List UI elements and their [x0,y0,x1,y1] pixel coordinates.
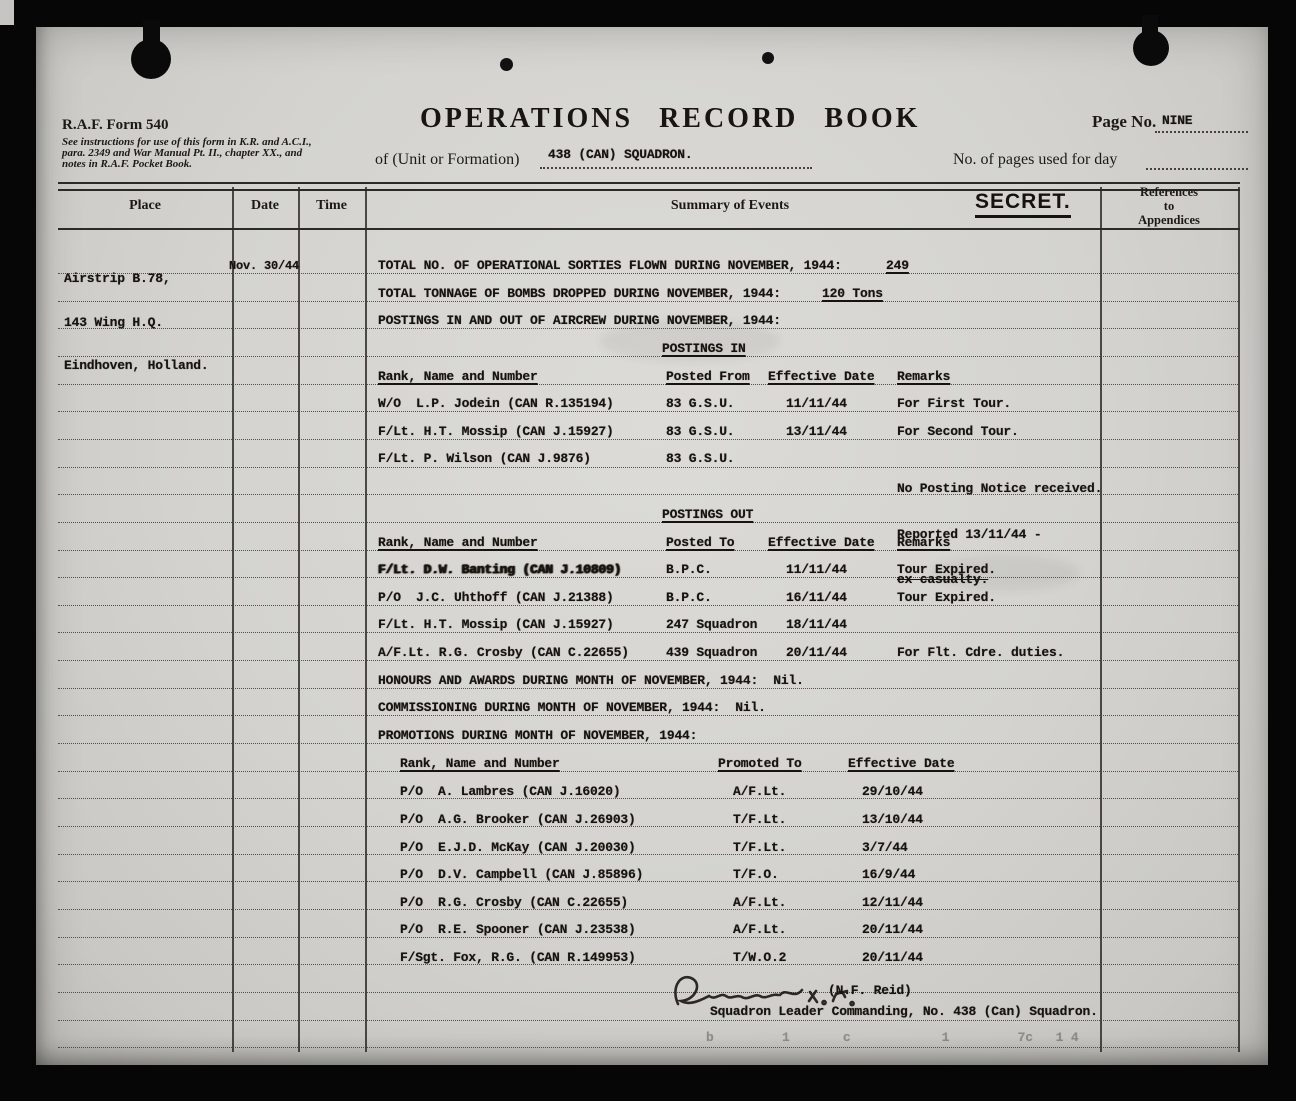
effective-date: 20/11/44 [862,922,923,937]
airman-name: P/O E.J.D. McKay (CAN J.20030) [400,840,636,855]
col-promoted-to: Promoted To [718,756,802,771]
postings-in-header-row: Rank, Name and Number Posted From Effect… [378,369,1118,387]
postings-intro: POSTINGS IN AND OUT OF AIRCREW DURING NO… [378,313,781,328]
effective-date: 29/10/44 [862,784,923,799]
signature-title-line: Squadron Leader Commanding, No. 438 (Can… [710,1004,1098,1019]
col-effective-date: Effective Date [768,535,874,550]
faint-pencil-marks: b 1 c 1 7c 1 4 [706,1030,1078,1045]
total-sorties-row: TOTAL NO. OF OPERATIONAL SORTIES FLOWN D… [378,258,1118,276]
posted-from: 83 G.S.U. [666,424,734,439]
total-tonnage-label: TOTAL TONNAGE OF BOMBS DROPPED DURING NO… [378,286,781,301]
effective-date: 3/7/44 [862,840,908,855]
posted-from: 83 G.S.U. [666,396,734,411]
promotion-row: F/Sgt. Fox, R.G. (CAN R.149953) T/W.O.2 … [400,950,1000,968]
scan-corner-notch [0,0,14,25]
col-header-references: References to Appendices [1100,185,1238,227]
references-line: References [1100,185,1238,199]
posting-out-row: F/Lt. H.T. Mossip (CAN J.15927) 247 Squa… [378,617,1118,635]
divider-time-summary [365,187,367,1052]
posted-to: 439 Squadron [666,645,757,660]
promotions-header-row: Rank, Name and Number Promoted To Effect… [400,756,1000,774]
divider-place-date [232,187,234,1052]
airman-name: F/Lt. D.W. Banting (CAN J.10809) [378,562,621,577]
promotion-row: P/O R.G. Crosby (CAN C.22655) A/F.Lt. 12… [400,895,1000,913]
pages-used-label: No. of pages used for day [953,151,1117,169]
page-no-label: Page No. [1092,112,1156,132]
form-instructions: See instructions for use of this form in… [62,137,342,170]
airman-name: P/O A. Lambres (CAN J.16020) [400,784,620,799]
effective-date: 20/11/44 [786,645,847,660]
total-tonnage-value: 120 Tons [822,286,883,301]
airman-name: F/Lt. P. Wilson (CAN J.9876) [378,451,591,466]
ruled-line [58,356,1238,357]
col-rank-name: Rank, Name and Number [378,369,538,384]
ruled-line [58,1047,1238,1048]
postings-in-heading: POSTINGS IN [662,341,746,356]
promotions-intro-row: PROMOTIONS DURING MONTH OF NOVEMBER, 194… [378,728,1118,746]
posted-to: 247 Squadron [666,617,757,632]
postings-out-header-row: Rank, Name and Number Posted To Effectiv… [378,535,1118,553]
ink-dot-right [762,52,774,64]
posting-in-row: F/Lt. P. Wilson (CAN J.9876) 83 G.S.U. N… [378,451,1118,501]
airman-name: P/O D.V. Campbell (CAN J.85896) [400,867,643,882]
promoted-to: A/F.Lt. [733,895,786,910]
effective-date: 11/11/44 [786,562,847,577]
postings-intro-row: POSTINGS IN AND OUT OF AIRCREW DURING NO… [378,313,1118,331]
secret-stamp: SECRET. [975,190,1071,218]
punch-hole-right [1133,30,1169,66]
page-title: OPERATIONS RECORD BOOK [420,103,920,135]
references-line: to [1100,199,1238,213]
form-number: R.A.F. Form 540 [62,117,169,134]
effective-date: 11/11/44 [786,396,847,411]
promoted-to: T/W.O.2 [733,950,786,965]
remarks: For Flt. Cdre. duties. [897,645,1064,660]
pages-used-dotted-line [1146,168,1248,170]
page-no-value: NINE [1162,113,1192,128]
posting-in-row: F/Lt. H.T. Mossip (CAN J.15927) 83 G.S.U… [378,424,1118,442]
signature-typed-name: (N.F. Reid) [828,983,912,998]
promotion-row: P/O D.V. Campbell (CAN J.85896) T/F.O. 1… [400,867,1000,885]
effective-date: 20/11/44 [862,950,923,965]
posted-to: B.P.C. [666,562,712,577]
place-entry: Airstrip B.78, 143 Wing H.Q. Eindhoven, … [64,243,208,388]
table-right-border [1238,187,1240,1052]
col-posted-from: Posted From [666,369,750,384]
remarks: Tour Expired. [897,562,996,577]
col-effective-date: Effective Date [848,756,954,771]
posted-from: 83 G.S.U. [666,451,734,466]
promotion-row: P/O E.J.D. McKay (CAN J.20030) T/F.Lt. 3… [400,840,1000,858]
total-sorties-label: TOTAL NO. OF OPERATIONAL SORTIES FLOWN D… [378,258,842,273]
col-header-time: Time [298,198,365,214]
references-line: Appendices [1100,213,1238,227]
posting-out-row: F/Lt. D.W. Banting (CAN J.10809) B.P.C. … [378,562,1118,580]
posting-out-row: A/F.Lt. R.G. Crosby (CAN C.22655) 439 Sq… [378,645,1118,663]
divider-date-time [298,187,300,1052]
effective-date: 16/11/44 [786,590,847,605]
place-line: 143 Wing H.Q. [64,316,208,331]
promoted-to: A/F.Lt. [733,784,786,799]
airman-name: P/O R.G. Crosby (CAN C.22655) [400,895,628,910]
place-line: Airstrip B.78, [64,272,208,287]
page-no-dotted-line [1155,131,1248,133]
promoted-to: T/F.O. [733,867,779,882]
airman-name: W/O L.P. Jodein (CAN R.135194) [378,396,614,411]
promotion-row: P/O R.E. Spooner (CAN J.23538) A/F.Lt. 2… [400,922,1000,940]
unit-label: of (Unit or Formation) [375,151,519,169]
form-instructions-line: notes in R.A.F. Pocket Book. [62,159,342,170]
col-header-summary: Summary of Events [560,198,900,214]
remarks-line: No Posting Notice received. [897,481,1102,497]
punch-hole-left [131,39,171,79]
posting-in-row: W/O L.P. Jodein (CAN R.135194) 83 G.S.U.… [378,396,1118,414]
remarks: For First Tour. [897,396,1011,411]
col-header-date: Date [232,198,298,214]
total-tonnage-row: TOTAL TONNAGE OF BOMBS DROPPED DURING NO… [378,286,1118,304]
effective-date: 12/11/44 [862,895,923,910]
promoted-to: A/F.Lt. [733,922,786,937]
effective-date: 13/10/44 [862,812,923,827]
total-sorties-value: 249 [886,258,909,273]
col-header-place: Place [58,198,232,214]
honours-line: HONOURS AND AWARDS DURING MONTH OF NOVEM… [378,673,804,688]
date-entry: Nov. 30/44 [229,259,299,273]
effective-date: 18/11/44 [786,617,847,632]
airman-name: F/Sgt. Fox, R.G. (CAN R.149953) [400,950,636,965]
promotion-row: P/O A.G. Brooker (CAN J.26903) T/F.Lt. 1… [400,812,1000,830]
airman-name: A/F.Lt. R.G. Crosby (CAN C.22655) [378,645,629,660]
promoted-to: T/F.Lt. [733,840,786,855]
promotion-row: P/O A. Lambres (CAN J.16020) A/F.Lt. 29/… [400,784,1000,802]
airman-name: P/O J.C. Uhthoff (CAN J.21388) [378,590,614,605]
airman-name: F/Lt. H.T. Mossip (CAN J.15927) [378,617,614,632]
airman-name: P/O R.E. Spooner (CAN J.23538) [400,922,636,937]
unit-dotted-line [540,167,812,169]
col-rank-name: Rank, Name and Number [378,535,538,550]
ruled-line [58,992,1238,993]
promotions-intro: PROMOTIONS DURING MONTH OF NOVEMBER, 194… [378,728,697,743]
airman-name: F/Lt. H.T. Mossip (CAN J.15927) [378,424,614,439]
effective-date: 13/11/44 [786,424,847,439]
remarks: For Second Tour. [897,424,1019,439]
effective-date: 16/9/44 [862,867,915,882]
col-remarks: Remarks [897,535,950,550]
col-remarks: Remarks [897,369,950,384]
remarks: Tour Expired. [897,590,996,605]
scanned-orb-page: { "scan": { "form_number": "R.A.F. Form … [0,0,1296,1101]
airman-name: P/O A.G. Brooker (CAN J.26903) [400,812,636,827]
col-posted-to: Posted To [666,535,734,550]
table-header-bottom-border [58,228,1240,230]
unit-value: 438 (CAN) SQUADRON. [548,147,692,162]
ink-dot-left [500,58,513,71]
col-effective-date: Effective Date [768,369,874,384]
promoted-to: T/F.Lt. [733,812,786,827]
ruled-line [58,1020,1238,1021]
place-line: Eindhoven, Holland. [64,359,208,374]
commissioning-line: COMMISSIONING DURING MONTH OF NOVEMBER, … [378,700,766,715]
col-rank-name: Rank, Name and Number [400,756,560,771]
posted-to: B.P.C. [666,590,712,605]
posting-out-row: P/O J.C. Uhthoff (CAN J.21388) B.P.C. 16… [378,590,1118,608]
honours-row: HONOURS AND AWARDS DURING MONTH OF NOVEM… [378,673,1118,691]
commissioning-row: COMMISSIONING DURING MONTH OF NOVEMBER, … [378,700,1118,718]
postings-out-heading: POSTINGS OUT [662,507,753,522]
